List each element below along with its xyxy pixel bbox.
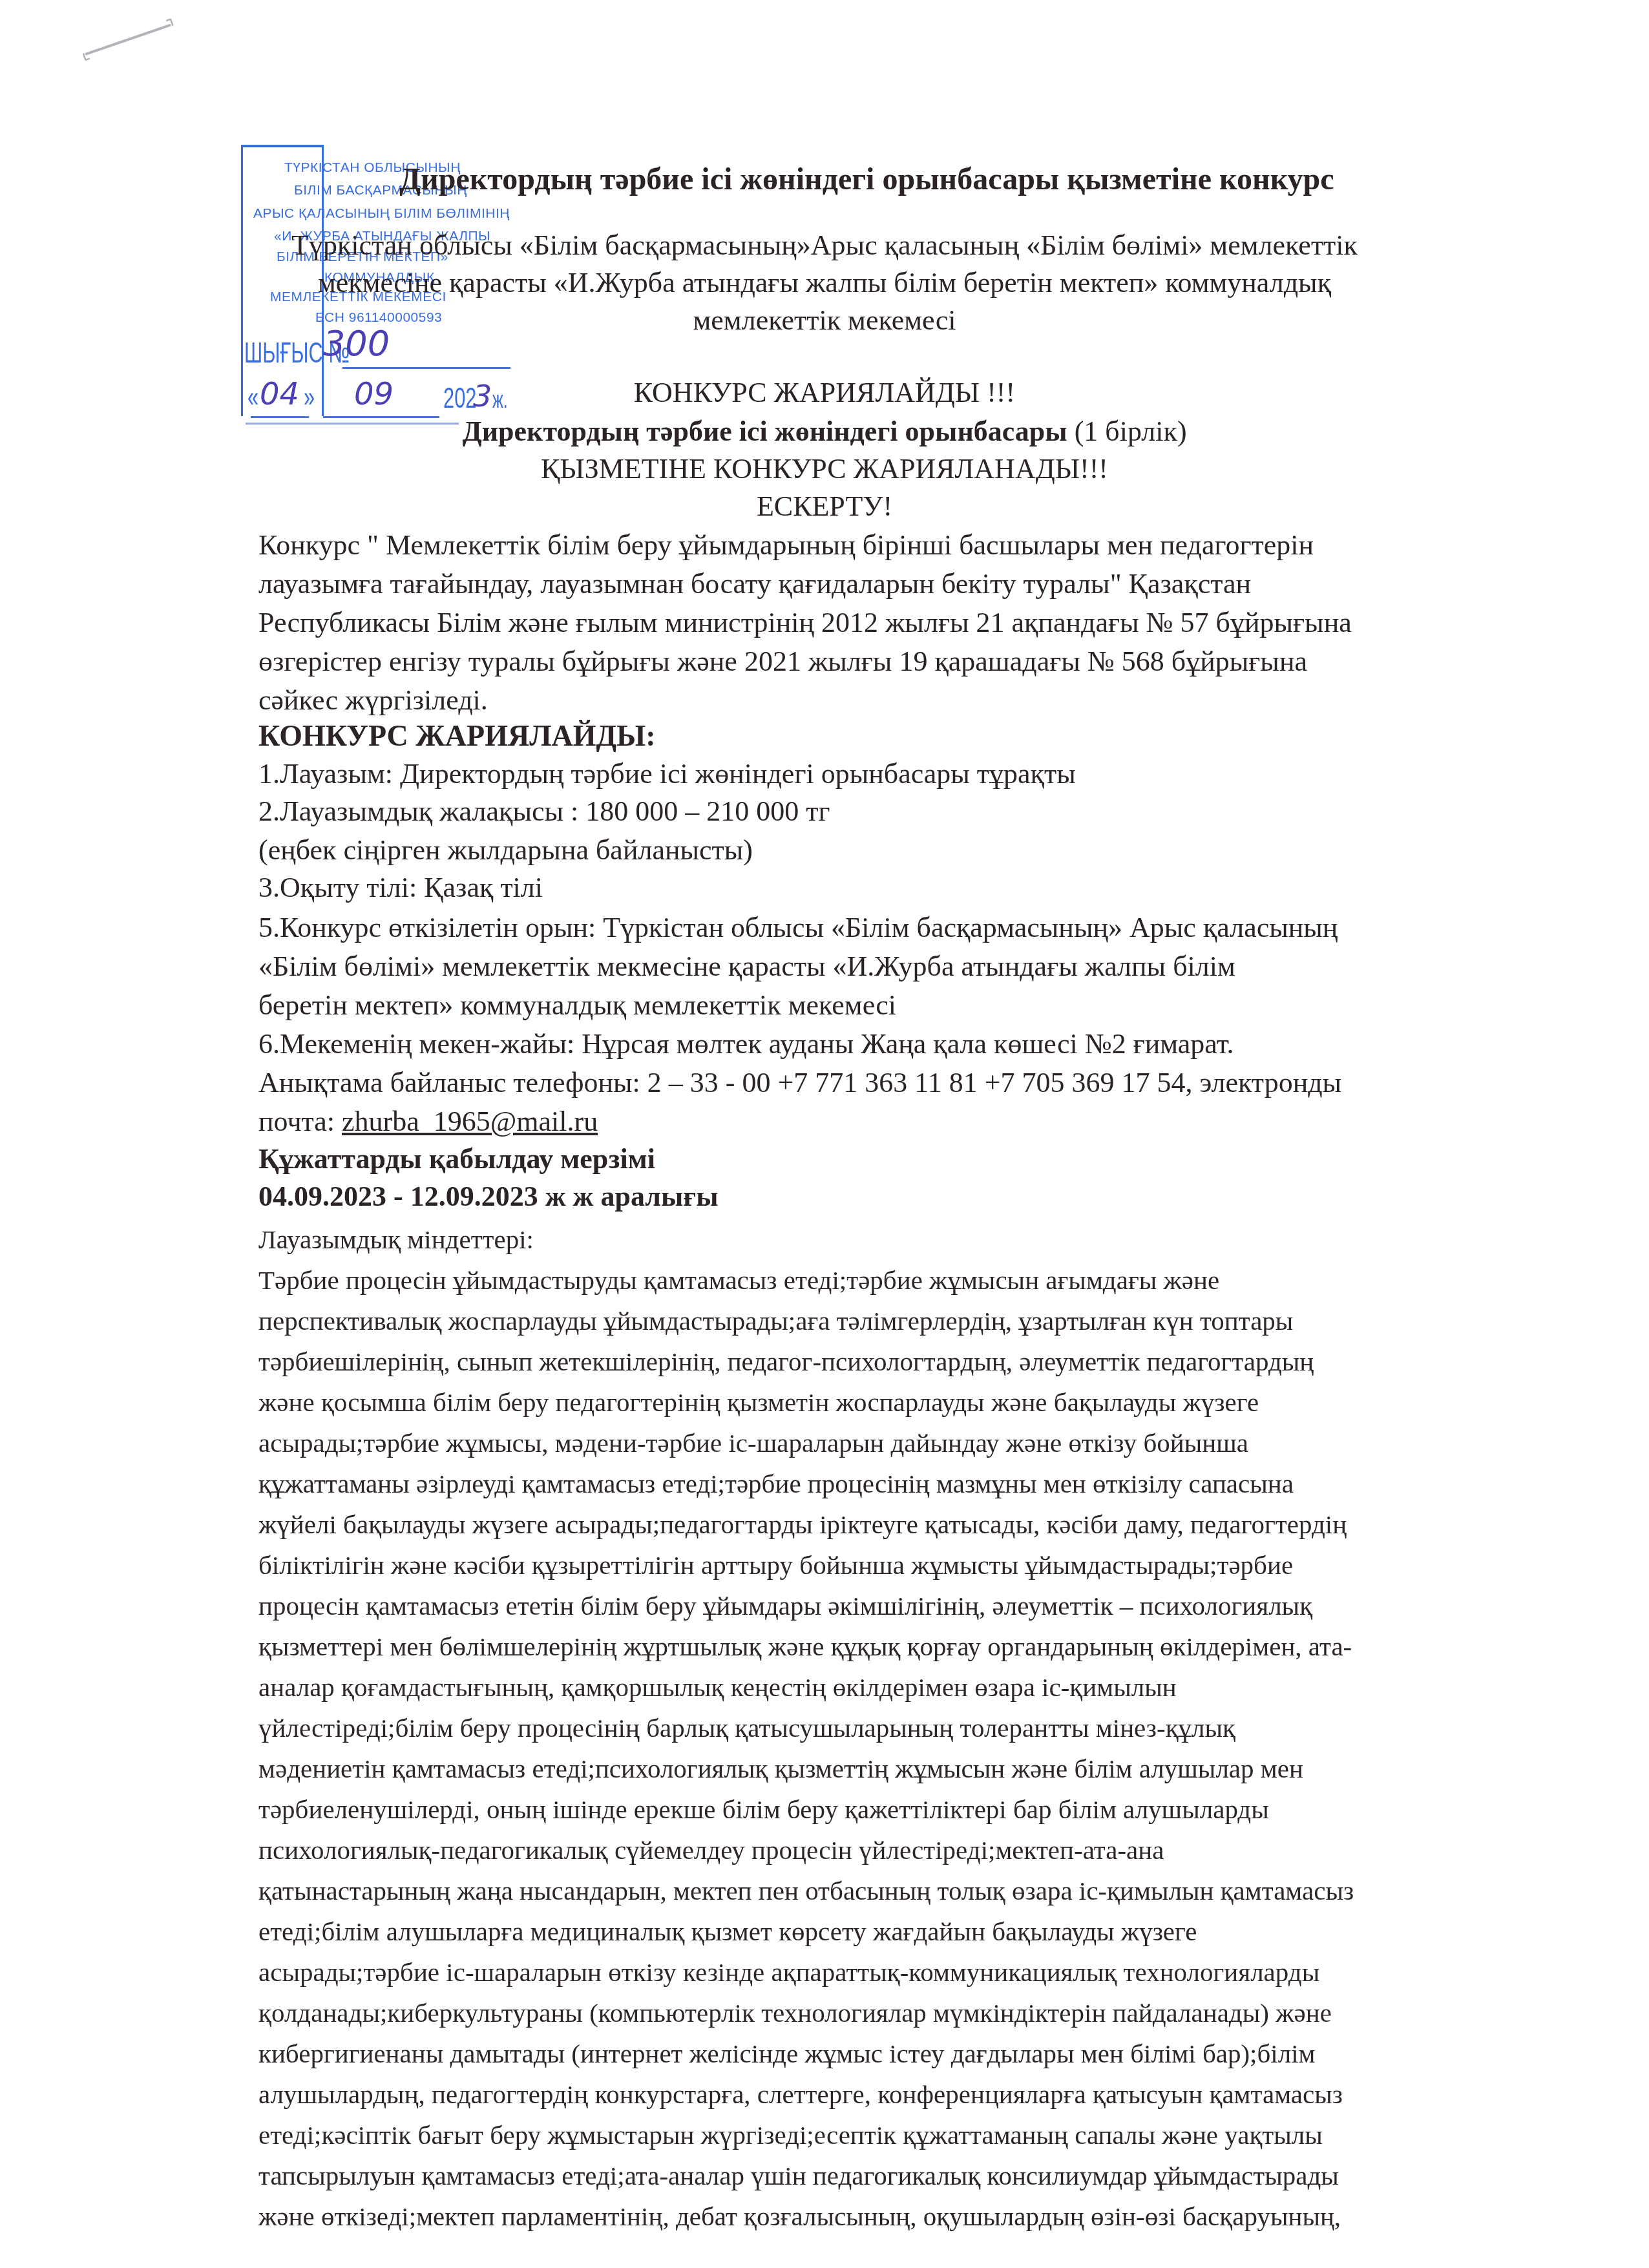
email-link[interactable]: zhurba_1965@mail.ru (342, 1106, 598, 1137)
item-phones: Анықтама байланыс телефоны: 2 – 33 - 00 … (258, 1066, 1341, 1099)
note-line: Конкурс " Мемлекеттік білім беру ұйымдар… (258, 529, 1314, 562)
duties-line: мәдениетін қамтамасыз етеді;психологиялы… (258, 1753, 1303, 1784)
duties-line: қатынастарының жаңа нысандарын, мектеп п… (258, 1875, 1354, 1906)
item-position: 1.Лауазым: Директордың тәрбие ісі жөнінд… (258, 757, 1076, 790)
deadline-heading: Құжаттарды қабылдау мерзімі (258, 1142, 655, 1175)
duties-line: асырады;тәрбие жұмысы, мәдени-тәрбие іс-… (258, 1427, 1248, 1458)
stamp-underline (342, 367, 510, 369)
duties-line: және қосымша білім беру педагогтерінің қ… (258, 1387, 1259, 1418)
duties-line: кибергигиенаны дамытады (интернет желісі… (258, 2038, 1316, 2069)
note-line: өзгерістер енгізу туралы бұйрығы және 20… (258, 645, 1307, 678)
duties-line: Тәрбие процесін ұйымдастыруды қамтамасыз… (258, 1265, 1219, 1296)
note-line: сәйкес жүргізіледі. (258, 684, 488, 717)
item-salary: 2.Лауазымдық жалақысы : 180 000 – 210 00… (258, 795, 830, 828)
document-title: Директордың тәрбие ісі жөніндегі орынбас… (399, 162, 1334, 197)
org-line-3: мемлекеттік мекемесі (0, 304, 1649, 337)
duties-line: аналар қоғамдастығының, қамқоршылық кеңе… (258, 1672, 1177, 1703)
duties-line: қолданады;киберкультураны (компьютерлік … (258, 1997, 1332, 2028)
position-line: Директордың тәрбие ісі жөніндегі орынбас… (0, 415, 1649, 448)
duties-line: процесін қамтамасыз ететін білім беру ұй… (258, 1590, 1312, 1621)
duties-line: тәрбиешілерінің, сынып жетекшілерінің, п… (258, 1346, 1314, 1377)
duties-heading: Лауазымдық міндеттері: (258, 1224, 534, 1255)
duties-line: асырады;тәрбие іс-шараларын өткізу кезін… (258, 1957, 1319, 1988)
duties-line: етеді;білім алушыларға медициналық қызме… (258, 1916, 1197, 1947)
duties-line: және өткізеді;мектеп парламентінің, деба… (258, 2201, 1341, 2232)
deadline-dates: 04.09.2023 - 12.09.2023 ж ж аралығы (258, 1180, 719, 1213)
item-salary-note: (еңбек сіңірген жылдарына байланысты) (258, 834, 753, 866)
org-line-1: Түркістан облысы «Білім басқармасының»Ар… (0, 229, 1649, 262)
staple-mark (85, 24, 171, 56)
duties-line: алушылардың, педагогтердің конкурстарға,… (258, 2079, 1343, 2110)
duties-line: біліктілігін және кәсіби құзыреттілігін … (258, 1549, 1293, 1580)
position-units: (1 бірлік) (1067, 415, 1187, 447)
org-line-2: мекмесіне қарасты «И.Журба атындағы жалп… (0, 266, 1649, 299)
duties-line: жүйелі бақылауды жүзеге асырады;педагогт… (258, 1509, 1347, 1540)
duties-line: қызметтері мен бөлімшелерінің жұртшылық … (258, 1631, 1352, 1662)
section-heading: КОНКУРС ЖАРИЯЛАЙДЫ: (258, 719, 656, 753)
duties-line: перспективалық жоспарлауды ұйымдастырады… (258, 1305, 1293, 1336)
duties-line: тәрбиеленушілерді, оның ішінде ерекше бі… (258, 1794, 1269, 1825)
note-heading: ЕСКЕРТУ! (0, 490, 1649, 523)
note-line: лауазымға тағайындау, лауазымнан босату … (258, 567, 1251, 600)
duties-line: етеді;кәсіптік бағыт беру жұмыстарын жүр… (258, 2119, 1323, 2150)
email-label: почта: (258, 1106, 342, 1137)
position-title: Директордың тәрбие ісі жөніндегі орынбас… (462, 415, 1067, 447)
item-address: 6.Мекеменің мекен-жайы: Нұрсая мөлтек ау… (258, 1027, 1234, 1060)
duties-line: үйлестіреді;білім беру процесінің барлық… (258, 1712, 1235, 1743)
item-venue-line: «Білім бөлімі» мемлекеттік мекмесіне қар… (258, 950, 1235, 983)
stamp-line: АРЫС ҚАЛАСЫНЫҢ БІЛІМ БӨЛІМІНІҢ (253, 206, 510, 222)
announce-heading: КОНКУРС ЖАРИЯЛАЙДЫ !!! (0, 376, 1649, 409)
item-venue-line: 5.Конкурс өткізілетін орын: Түркістан об… (258, 911, 1338, 944)
duties-line: психологиялық-педагогикалық сүйемелдеу п… (258, 1834, 1164, 1865)
duties-line: тапсырылуын қамтамасыз етеді;ата-аналар … (258, 2160, 1339, 2191)
item-language: 3.Оқыту тілі: Қазақ тілі (258, 871, 543, 904)
note-line: Республикасы Білім және ғылым министріні… (258, 606, 1352, 639)
announced-line: ҚЫЗМЕТІНЕ КОНКУРС ЖАРИЯЛАНАДЫ!!! (0, 452, 1649, 485)
item-venue-line: беретін мектеп» коммуналдық мемлекеттік … (258, 989, 896, 1022)
duties-line: құжаттаманы әзірлеуді қамтамасыз етеді;т… (258, 1468, 1294, 1499)
item-email-line: почта: zhurba_1965@mail.ru (258, 1105, 598, 1138)
